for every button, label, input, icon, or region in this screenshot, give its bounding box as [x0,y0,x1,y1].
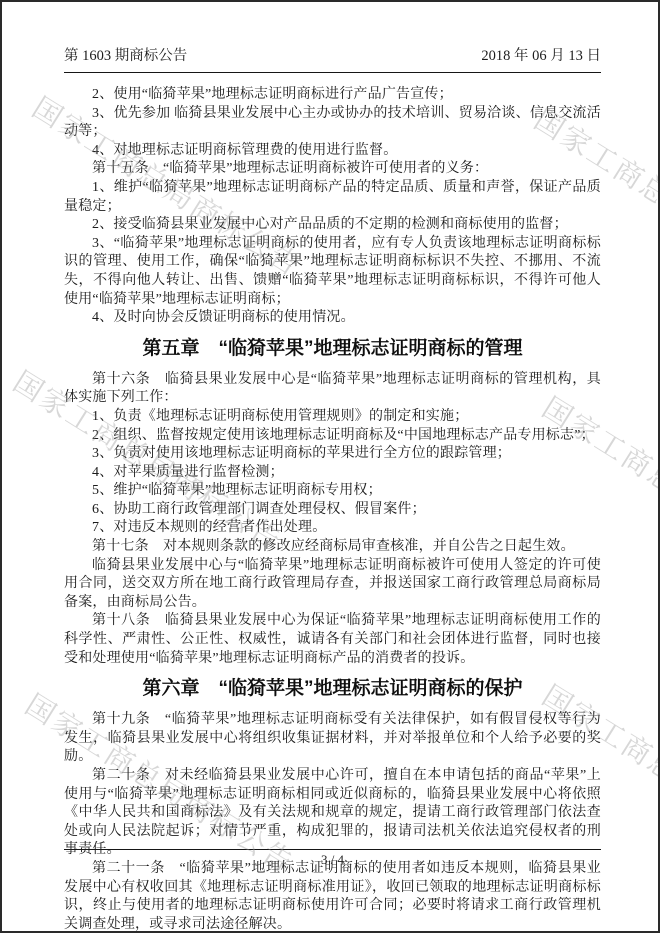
paragraph: 4、对地理标志证明商标管理费的使用进行监督。 [64,142,601,161]
paragraph: 2、接受临猗县果业发展中心对产品品质的不定期的检测和商标使用的监督； [64,216,601,235]
section-heading: 第五章 “临猗苹果”地理标志证明商标的管理 [64,336,601,361]
paragraph: 第二十一条 “临猗苹果”地理标志证明商标的使用者如违反本规则，临猗县果业发展中心… [64,860,601,933]
paragraph: 第十六条 临猗县果业发展中心是“临猗苹果”地理标志证明商标的管理机构，具体实施下… [64,371,601,408]
paragraph: 5、维护“临猗苹果”地理标志证明商标专用权； [64,482,601,501]
paragraph: 2、组织、监督按规定使用该地理标志证明商标及“中国地理标志产品专用标志”； [64,427,601,446]
paragraph: 第十八条 临猗县果业发展中心为保证“临猗苹果”地理标志证明商标使用工作的科学性、… [64,612,601,668]
paragraph: 临猗县果业发展中心与“临猗苹果”地理标志证明商标被许可使用人签定的许可使用合同，… [64,557,601,613]
paragraph: 2、使用“临猗苹果”地理标志证明商标进行产品广告宣传； [64,86,601,105]
paragraph: 3、“临猗苹果”地理标志证明商标的使用者，应有专人负责该地理标志证明商标标识的管… [64,235,601,309]
gazette-date-label: 2018 年 06 月 13 日 [481,44,601,65]
paragraph: 3、负责对使用该地理标志证明商标的苹果进行全方位的跟踪管理； [64,445,601,464]
paragraph: 第十五条 “临猗苹果”地理标志证明商标被许可使用者的义务： [64,160,601,179]
paragraph: 第二十条 对未经临猗县果业发展中心许可，擅自在本申请包括的商品“苹果”上使用与“… [64,767,601,860]
paragraph: 4、对苹果质量进行监督检测； [64,464,601,483]
gazette-page: 第 1603 期商标公告 2018 年 06 月 13 日 2、使用“临猗苹果”… [0,0,660,933]
document-body: 2、使用“临猗苹果”地理标志证明商标进行产品广告宣传；3、优先参加 临猗县果业发… [64,86,601,933]
paragraph: 3、优先参加 临猗县果业发展中心主办或协办的技术培训、贸易洽谈、信息交流活动等； [64,105,601,142]
page-header: 第 1603 期商标公告 2018 年 06 月 13 日 [64,44,601,73]
paragraph: 7、对违反本规则的经营者作出处理。 [64,519,601,538]
paragraph: 第十九条 “临猗苹果”地理标志证明商标受有关法律保护，如有假冒侵权等行为发生，临… [64,711,601,767]
paragraph: 1、维护“临猗苹果”地理标志证明商标产品的特定品质、质量和声誉，保证产品质量稳定… [64,179,601,216]
section-heading: 第六章 “临猗苹果”地理标志证明商标的保护 [64,676,601,701]
page-footer: 3 / 4 [64,849,601,868]
paragraph: 1、负责《地理标志证明商标使用管理规则》的制定和实施； [64,408,601,427]
paragraph: 6、协助工商行政管理部门调查处理侵权、假冒案件； [64,501,601,520]
page-number: 3 / 4 [64,850,601,868]
paragraph: 第十七条 对本规则条款的修改应经商标局审查核准，并自公告之日起生效。 [64,538,601,557]
paragraph: 4、及时向协会反馈证明商标的使用情况。 [64,309,601,328]
gazette-issue-label: 第 1603 期商标公告 [64,44,187,65]
